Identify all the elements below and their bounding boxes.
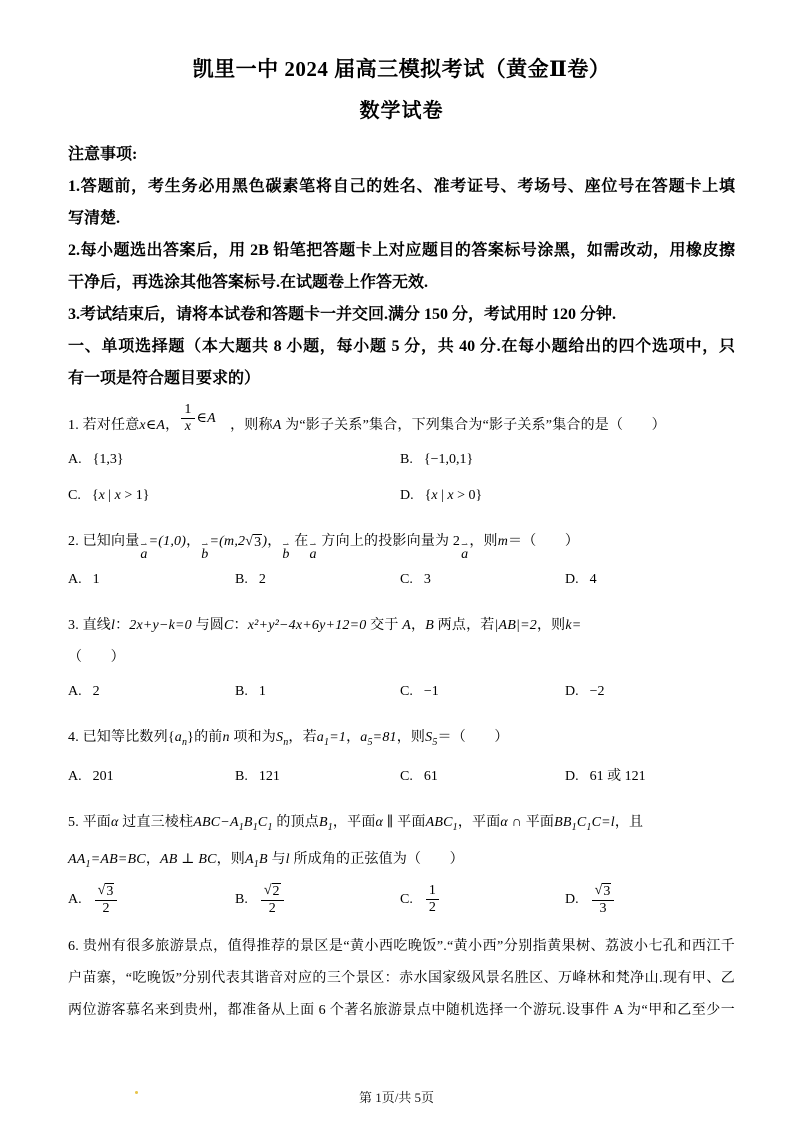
option-value: {x | x > 1} [92, 480, 150, 512]
text-run: 1 [93, 572, 100, 587]
text-run: {1,3} [93, 452, 124, 467]
text-run: > 0} [454, 488, 483, 503]
text-run: α [500, 815, 508, 830]
fraction-denominator: 2 [99, 901, 112, 917]
math-vector: ⇀b [282, 542, 289, 562]
text-run: 2x+y−k=0 [129, 618, 192, 633]
radical-sign: √ [264, 883, 272, 899]
option-value: 2 [259, 564, 266, 596]
text-run: C [577, 815, 587, 830]
option-c: C.−1 [400, 676, 565, 708]
text-run: 201 [93, 769, 114, 784]
text-run: 1 [184, 402, 191, 417]
text-run: ABC [426, 815, 453, 830]
math-fraction: √22 [261, 883, 284, 917]
option-label: A. [68, 761, 82, 793]
text-run: ，若 [288, 730, 316, 745]
text-run: B [259, 852, 268, 867]
stem-line: （ ） [68, 642, 735, 674]
option-label: B. [235, 761, 248, 793]
text-run: BC [198, 852, 216, 867]
option-b: B.2 [235, 564, 400, 596]
text-run: A [245, 852, 254, 867]
text-run: B [319, 815, 328, 830]
text-run: 61 [424, 769, 438, 784]
radicand: 3 [253, 534, 262, 551]
text-run: 3 [424, 572, 431, 587]
stem-line: 两位游客慕名来到贵州，都准备从上面 6 个著名旅游景点中随机选择一个游玩.设事件… [68, 995, 735, 1027]
question-q4: 4. 已知等比数列{an}的前n 项和为Sn，若a1=1，a5=81，则S5＝（… [68, 722, 735, 793]
text-run: ，且 [615, 815, 643, 830]
vector-letter: a [140, 548, 147, 562]
question-options: A.1B.2C.3D.4 [68, 564, 735, 596]
text-run: 2 [259, 572, 266, 587]
option-value: 201 [93, 761, 114, 793]
option-a: A.1 [68, 564, 235, 596]
stem-line: 1. 若对任意x∈A，1x∈A ，则称A 为“影子关系”集合，下列集合为“影子关… [68, 409, 735, 442]
stem-line: 6. 贵州有很多旅游景点，值得推荐的景区是“黄小西吃晚饭”.“黄小西”分别指黄果… [68, 931, 735, 963]
option-value: 4 [590, 564, 597, 596]
math-sqrt: √3 [595, 883, 612, 900]
fraction-denominator: 2 [426, 900, 439, 916]
text-run: {−1,0,1} [424, 452, 473, 467]
text-run: x∈A [139, 418, 165, 433]
text-run: 2. 已知向量 [68, 534, 139, 549]
notice-heading: 注意事项: [68, 139, 735, 171]
text-run: C=l [592, 815, 615, 830]
stem-line: 户苗寨，“吃晚饭”分别代表其谐音对应的三个景区：赤水国家级风景名胜区、万峰林和梵… [68, 963, 735, 995]
option-value: −1 [424, 676, 439, 708]
option-d: D.{x | x > 0} [400, 480, 735, 512]
notice-items: 1.答题前，考生务必用黑色碳素笔将自己的姓名、准考证号、考场号、座位号在答题卡上… [68, 171, 735, 331]
text-run: 1. 若对任意 [68, 418, 139, 433]
option-label: A. [68, 564, 82, 596]
text-run: −1 [424, 684, 439, 699]
text-run: ∥ 平面 [383, 815, 425, 830]
text-run: ，平面 [333, 815, 376, 830]
text-run: B [425, 618, 434, 633]
section-heading: 一、单项选择题（本大题共 8 小题，每小题 5 分，共 40 分.在每小题给出的… [68, 331, 735, 395]
math-sqrt: √3 [245, 534, 262, 551]
text-run: ，平面 [458, 815, 501, 830]
text-run: 项和为 [230, 730, 276, 745]
text-run: 1 [429, 883, 436, 898]
text-run: n [222, 730, 229, 745]
math-vector: ⇀a [310, 542, 317, 562]
option-label: A. [68, 444, 82, 476]
option-a: A.201 [68, 761, 235, 793]
question-options: A.201B.121C.61D.61 或 121 [68, 761, 735, 793]
text-run: 的前 [194, 730, 222, 745]
option-value: −2 [590, 676, 605, 708]
math-fraction: √32 [95, 883, 118, 917]
text-run: 交于 [366, 618, 402, 633]
fraction-numerator: √3 [592, 883, 615, 901]
option-value: 61 或 121 [590, 761, 646, 793]
option-label: C. [400, 884, 413, 916]
text-run: 户苗寨，“吃晚饭”分别代表其谐音对应的三个景区：赤水国家级风景名胜区、万峰林和梵… [68, 971, 735, 986]
text-run: （ ） [68, 650, 125, 665]
text-run: =81 [373, 730, 397, 745]
radicand: 3 [602, 883, 611, 900]
questions: 1. 若对任意x∈A，1x∈A ，则称A 为“影子关系”集合，下列集合为“影子关… [68, 409, 735, 1027]
question-stem: 4. 已知等比数列{an}的前n 项和为Sn，若a1=1，a5=81，则S5＝（… [68, 722, 735, 759]
text-run: m [498, 534, 508, 549]
math-vector: ⇀a [461, 542, 468, 562]
option-label: C. [68, 480, 81, 512]
option-value: 121 [259, 761, 280, 793]
option-label: D. [565, 676, 579, 708]
text-run: 61 或 121 [590, 769, 646, 784]
option-value: 3 [424, 564, 431, 596]
text-run: 在 [291, 534, 309, 549]
option-value: √22 [259, 883, 286, 917]
math-sqrt: √2 [264, 883, 281, 900]
question-stem: 1. 若对任意x∈A，1x∈A ，则称A 为“影子关系”集合，下列集合为“影子关… [68, 409, 735, 442]
option-a: A.{1,3} [68, 444, 400, 476]
fraction-numerator: 1 [426, 883, 439, 900]
fraction-denominator: 2 [266, 901, 279, 917]
question-q5: 5. 平面α 过直三棱柱ABC−A1B1C1 的顶点B1，平面α ∥ 平面ABC… [68, 807, 735, 917]
text-run: 4 [590, 572, 597, 587]
text-run: 3 [599, 901, 606, 916]
text-run: 两点，若 [434, 618, 495, 633]
option-d: D.√33 [565, 883, 735, 917]
text-run: =(1,0) [149, 534, 186, 549]
option-label: B. [235, 564, 248, 596]
fraction-numerator: √2 [261, 883, 284, 901]
text-run: 的顶点 [273, 815, 319, 830]
text-run: ABC−A [193, 815, 238, 830]
text-run: 为“影子关系”集合，下列集合为“影子关系”集合的是（ ） [281, 418, 665, 433]
text-run: 2 [93, 684, 100, 699]
option-label: C. [400, 564, 413, 596]
text-run: AB [160, 852, 178, 867]
page-content: 凯里一中 2024 届高三模拟考试（黄金Ⅱ卷） 数学试卷 注意事项: 1.答题前… [0, 0, 793, 1027]
text-run: −2 [590, 684, 605, 699]
option-label: B. [400, 444, 413, 476]
text-run: =(m,2 [210, 534, 246, 549]
section-heading-line: 一、单项选择题（本大题共 8 小题，每小题 5 分，共 40 分.在每小题给出的… [68, 331, 735, 363]
text-run: ， [346, 730, 360, 745]
text-run: C [258, 815, 268, 830]
text-run: ，则 [397, 730, 425, 745]
text-run: ，则称 [216, 418, 273, 433]
notice-line: 2.每小题选出答案后，用 2B 铅笔把答题卡上对应题目的答案标号涂黑，如需改动，… [68, 235, 735, 267]
question-stem: 5. 平面α 过直三棱柱ABC−A1B1C1 的顶点B1，平面α ∥ 平面ABC… [68, 807, 735, 881]
text-run: 2 [429, 900, 436, 915]
stem-line: 2. 已知向量⇀a=(1,0)，⇀b=(m,2√3)，⇀b 在⇀a 方向上的投影… [68, 526, 735, 562]
text-run: 5. 平面 [68, 815, 111, 830]
text-run: |AB|=2 [494, 618, 536, 633]
text-run: 与圆 [192, 618, 224, 633]
text-run: 121 [259, 769, 280, 784]
text-run: B [244, 815, 253, 830]
fraction-numerator: √3 [95, 883, 118, 901]
option-value: √33 [590, 883, 617, 917]
question-stem: 6. 贵州有很多旅游景点，值得推荐的景区是“黄小西吃晚饭”.“黄小西”分别指黄果… [68, 931, 735, 1027]
option-label: A. [68, 676, 82, 708]
option-a: A.2 [68, 676, 235, 708]
vector-letter: a [461, 548, 468, 562]
text-run: ，则 [469, 534, 497, 549]
option-b: B.√22 [235, 883, 400, 917]
option-value: 2 [93, 676, 100, 708]
vector-letter: b [282, 548, 289, 562]
text-run: x²+y²−4x+6y+12=0 [248, 618, 367, 633]
option-label: C. [400, 676, 413, 708]
math-vector: ⇀b [201, 542, 208, 562]
option-value: {1,3} [93, 444, 124, 476]
text-run: a [317, 730, 324, 745]
text-run: 方向上的投影向量为 2 [318, 534, 460, 549]
radical-sign: √ [98, 883, 106, 899]
stem-line: AA1=AB=BC，AB ⊥ BC，则A1B 与l 所成角的正弦值为（ ） [68, 844, 735, 881]
option-label: D. [565, 761, 579, 793]
text-run: A [402, 618, 411, 633]
text-run: ＝（ ） [438, 730, 509, 745]
question-stem: 2. 已知向量⇀a=(1,0)，⇀b=(m,2√3)，⇀b 在⇀a 方向上的投影… [68, 526, 735, 562]
page-number: 第 1页/共 5页 [0, 1087, 793, 1106]
text-run: x [185, 419, 191, 434]
text-run: ，则 [217, 852, 245, 867]
notice-line: 干净后，再选涂其他答案标号.在试题卷上作答无效. [68, 267, 735, 299]
text-run: 1 [259, 684, 266, 699]
question-q1: 1. 若对任意x∈A，1x∈A ，则称A 为“影子关系”集合，下列集合为“影子关… [68, 409, 735, 512]
option-label: B. [235, 884, 248, 916]
stem-line: 4. 已知等比数列{an}的前n 项和为Sn，若a1=1，a5=81，则S5＝（… [68, 722, 735, 759]
text-run: ， [411, 618, 425, 633]
text-run: { [92, 488, 99, 503]
option-c: C.{x | x > 1} [68, 480, 400, 512]
option-label: C. [400, 761, 413, 793]
text-run: ， [146, 852, 160, 867]
text-run: 2 [269, 901, 276, 916]
option-label: D. [565, 564, 579, 596]
text-run: =1 [329, 730, 346, 745]
text-run: ∩ 平面 [508, 815, 554, 830]
option-value: 1 [93, 564, 100, 596]
option-a: A.√32 [68, 883, 235, 917]
option-c: C.3 [400, 564, 565, 596]
question-q6: 6. 贵州有很多旅游景点，值得推荐的景区是“黄小西吃晚饭”.“黄小西”分别指黄果… [68, 931, 735, 1027]
text-run: 2 [102, 901, 109, 916]
question-options: A.{1,3}B.{−1,0,1}C.{x | x > 1}D.{x | x >… [68, 444, 735, 512]
text-run: ， [186, 534, 200, 549]
text-run: C [224, 618, 234, 633]
radicand: 2 [272, 883, 281, 900]
option-value: 61 [424, 761, 438, 793]
text-run: 4. 已知等比数列 [68, 730, 168, 745]
text-run: 3. 直线 [68, 618, 111, 633]
text-run: α [111, 815, 119, 830]
text-run: ， [165, 418, 179, 433]
text-run: 两位游客慕名来到贵州，都准备从上面 6 个著名旅游景点中随机选择一个游玩.设事件… [68, 1003, 735, 1018]
option-value: √32 [93, 883, 120, 917]
text-run: α [376, 815, 384, 830]
option-b: B.1 [235, 676, 400, 708]
option-label: B. [235, 676, 248, 708]
radical-sign: √ [595, 883, 603, 899]
text-run: > 1} [121, 488, 150, 503]
stem-line: 5. 平面α 过直三棱柱ABC−A1B1C1 的顶点B1，平面α ∥ 平面ABC… [68, 807, 735, 844]
exam-title: 凯里一中 2024 届高三模拟考试（黄金Ⅱ卷） [68, 54, 735, 84]
option-b: B.121 [235, 761, 400, 793]
vector-letter: b [201, 548, 208, 562]
option-value: {x | x > 0} [425, 480, 483, 512]
radicand: 3 [105, 883, 114, 900]
section-heading-line: 有一项是符合题目要求的） [68, 363, 735, 395]
text-run: ∈A [197, 411, 216, 426]
text-run: a [175, 730, 182, 745]
text-run: BB [554, 815, 572, 830]
math-fraction: 12 [426, 883, 439, 916]
text-run: ＝（ ） [508, 534, 579, 549]
math-fraction: 1x [181, 402, 194, 435]
text-run: 与 [268, 852, 286, 867]
text-run: ，则 [537, 618, 565, 633]
text-run: ， [267, 534, 281, 549]
option-label: D. [565, 884, 579, 916]
option-label: A. [68, 884, 82, 916]
text-run: | [105, 488, 115, 503]
text-run: 所成角的正弦值为（ ） [290, 852, 464, 867]
notice-line: 写清楚. [68, 203, 735, 235]
text-run: 6. 贵州有很多旅游景点，值得推荐的景区是“黄小西吃晚饭”.“黄小西”分别指黄果… [68, 939, 735, 954]
text-run: | [438, 488, 448, 503]
question-q3: 3. 直线l：2x+y−k=0 与圆C：x²+y²−4x+6y+12=0 交于 … [68, 610, 735, 708]
math-vector: ⇀a [140, 542, 147, 562]
option-d: D.−2 [565, 676, 735, 708]
option-value: {−1,0,1} [424, 444, 473, 476]
option-value: 1 [259, 676, 266, 708]
option-value: 12 [424, 883, 441, 916]
option-c: C.12 [400, 883, 565, 917]
text-run: AA [68, 852, 86, 867]
math-fraction: √33 [592, 883, 615, 917]
option-label: D. [400, 480, 414, 512]
question-q2: 2. 已知向量⇀a=(1,0)，⇀b=(m,2√3)，⇀b 在⇀a 方向上的投影… [68, 526, 735, 596]
text-run: =AB=BC [91, 852, 146, 867]
option-d: D.4 [565, 564, 735, 596]
text-run: k= [565, 618, 581, 633]
option-b: B.{−1,0,1} [400, 444, 735, 476]
text-run: ： [115, 618, 129, 633]
math-sqrt: √3 [98, 883, 115, 900]
option-d: D.61 或 121 [565, 761, 735, 793]
question-options: A.√32B.√22C.12D.√33 [68, 883, 735, 917]
fraction-numerator: 1 [181, 402, 194, 419]
notice-line: 1.答题前，考生务必用黑色碳素笔将自己的姓名、准考证号、考场号、座位号在答题卡上… [68, 171, 735, 203]
text-run: 过直三棱柱 [119, 815, 194, 830]
text-run: ⊥ [178, 852, 199, 867]
exam-page: 凯里一中 2024 届高三模拟考试（黄金Ⅱ卷） 数学试卷 注意事项: 1.答题前… [0, 0, 793, 1122]
text-run: ： [234, 618, 248, 633]
exam-subtitle: 数学试卷 [68, 96, 735, 126]
option-c: C.61 [400, 761, 565, 793]
question-stem: 3. 直线l：2x+y−k=0 与圆C：x²+y²−4x+6y+12=0 交于 … [68, 610, 735, 674]
vector-letter: a [310, 548, 317, 562]
fraction-denominator: 3 [596, 901, 609, 917]
stem-line: 3. 直线l：2x+y−k=0 与圆C：x²+y²−4x+6y+12=0 交于 … [68, 610, 735, 642]
radical-sign: √ [245, 534, 253, 550]
fraction-denominator: x [182, 419, 194, 435]
question-options: A.2B.1C.−1D.−2 [68, 676, 735, 708]
notice-line: 3.考试结束后，请将本试卷和答题卡一并交回.满分 150 分，考试用时 120 … [68, 299, 735, 331]
text-run: { [168, 730, 175, 745]
